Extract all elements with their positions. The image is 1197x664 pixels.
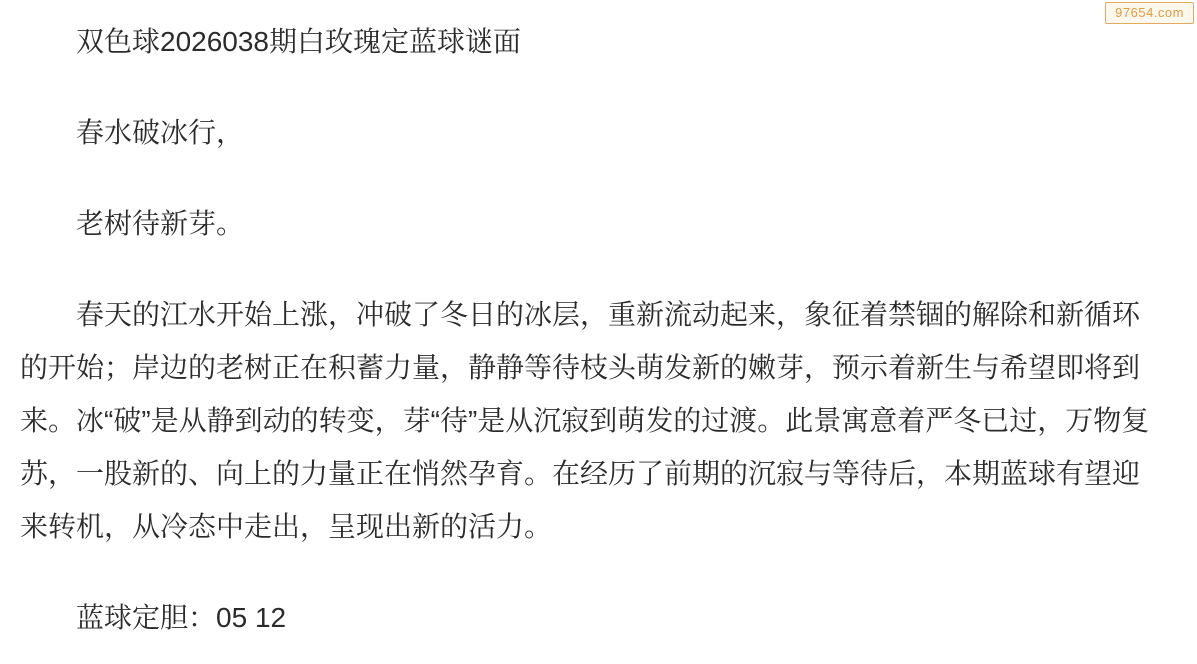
- blue-ball-label: 蓝球定胆：: [76, 602, 216, 633]
- site-watermark-badge: 97654.com: [1105, 2, 1194, 24]
- blue-ball-numbers: 05 12: [216, 602, 286, 633]
- poem-line-1: 春水破冰行，: [20, 106, 1167, 159]
- analysis-paragraph: 春天的江水开始上涨，冲破了冬日的冰层，重新流动起来，象征着禁锢的解除和新循环的开…: [20, 288, 1167, 553]
- article-title: 双色球2026038期白玫瑰定蓝球谜面: [20, 15, 1167, 68]
- article-content: 双色球2026038期白玫瑰定蓝球谜面 春水破冰行， 老树待新芽。 春天的江水开…: [0, 0, 1197, 644]
- poem-line-2: 老树待新芽。: [20, 197, 1167, 250]
- article-page: 97654.com 双色球2026038期白玫瑰定蓝球谜面 春水破冰行， 老树待…: [0, 0, 1197, 664]
- blue-ball-prediction: 蓝球定胆：05 12: [20, 591, 1167, 644]
